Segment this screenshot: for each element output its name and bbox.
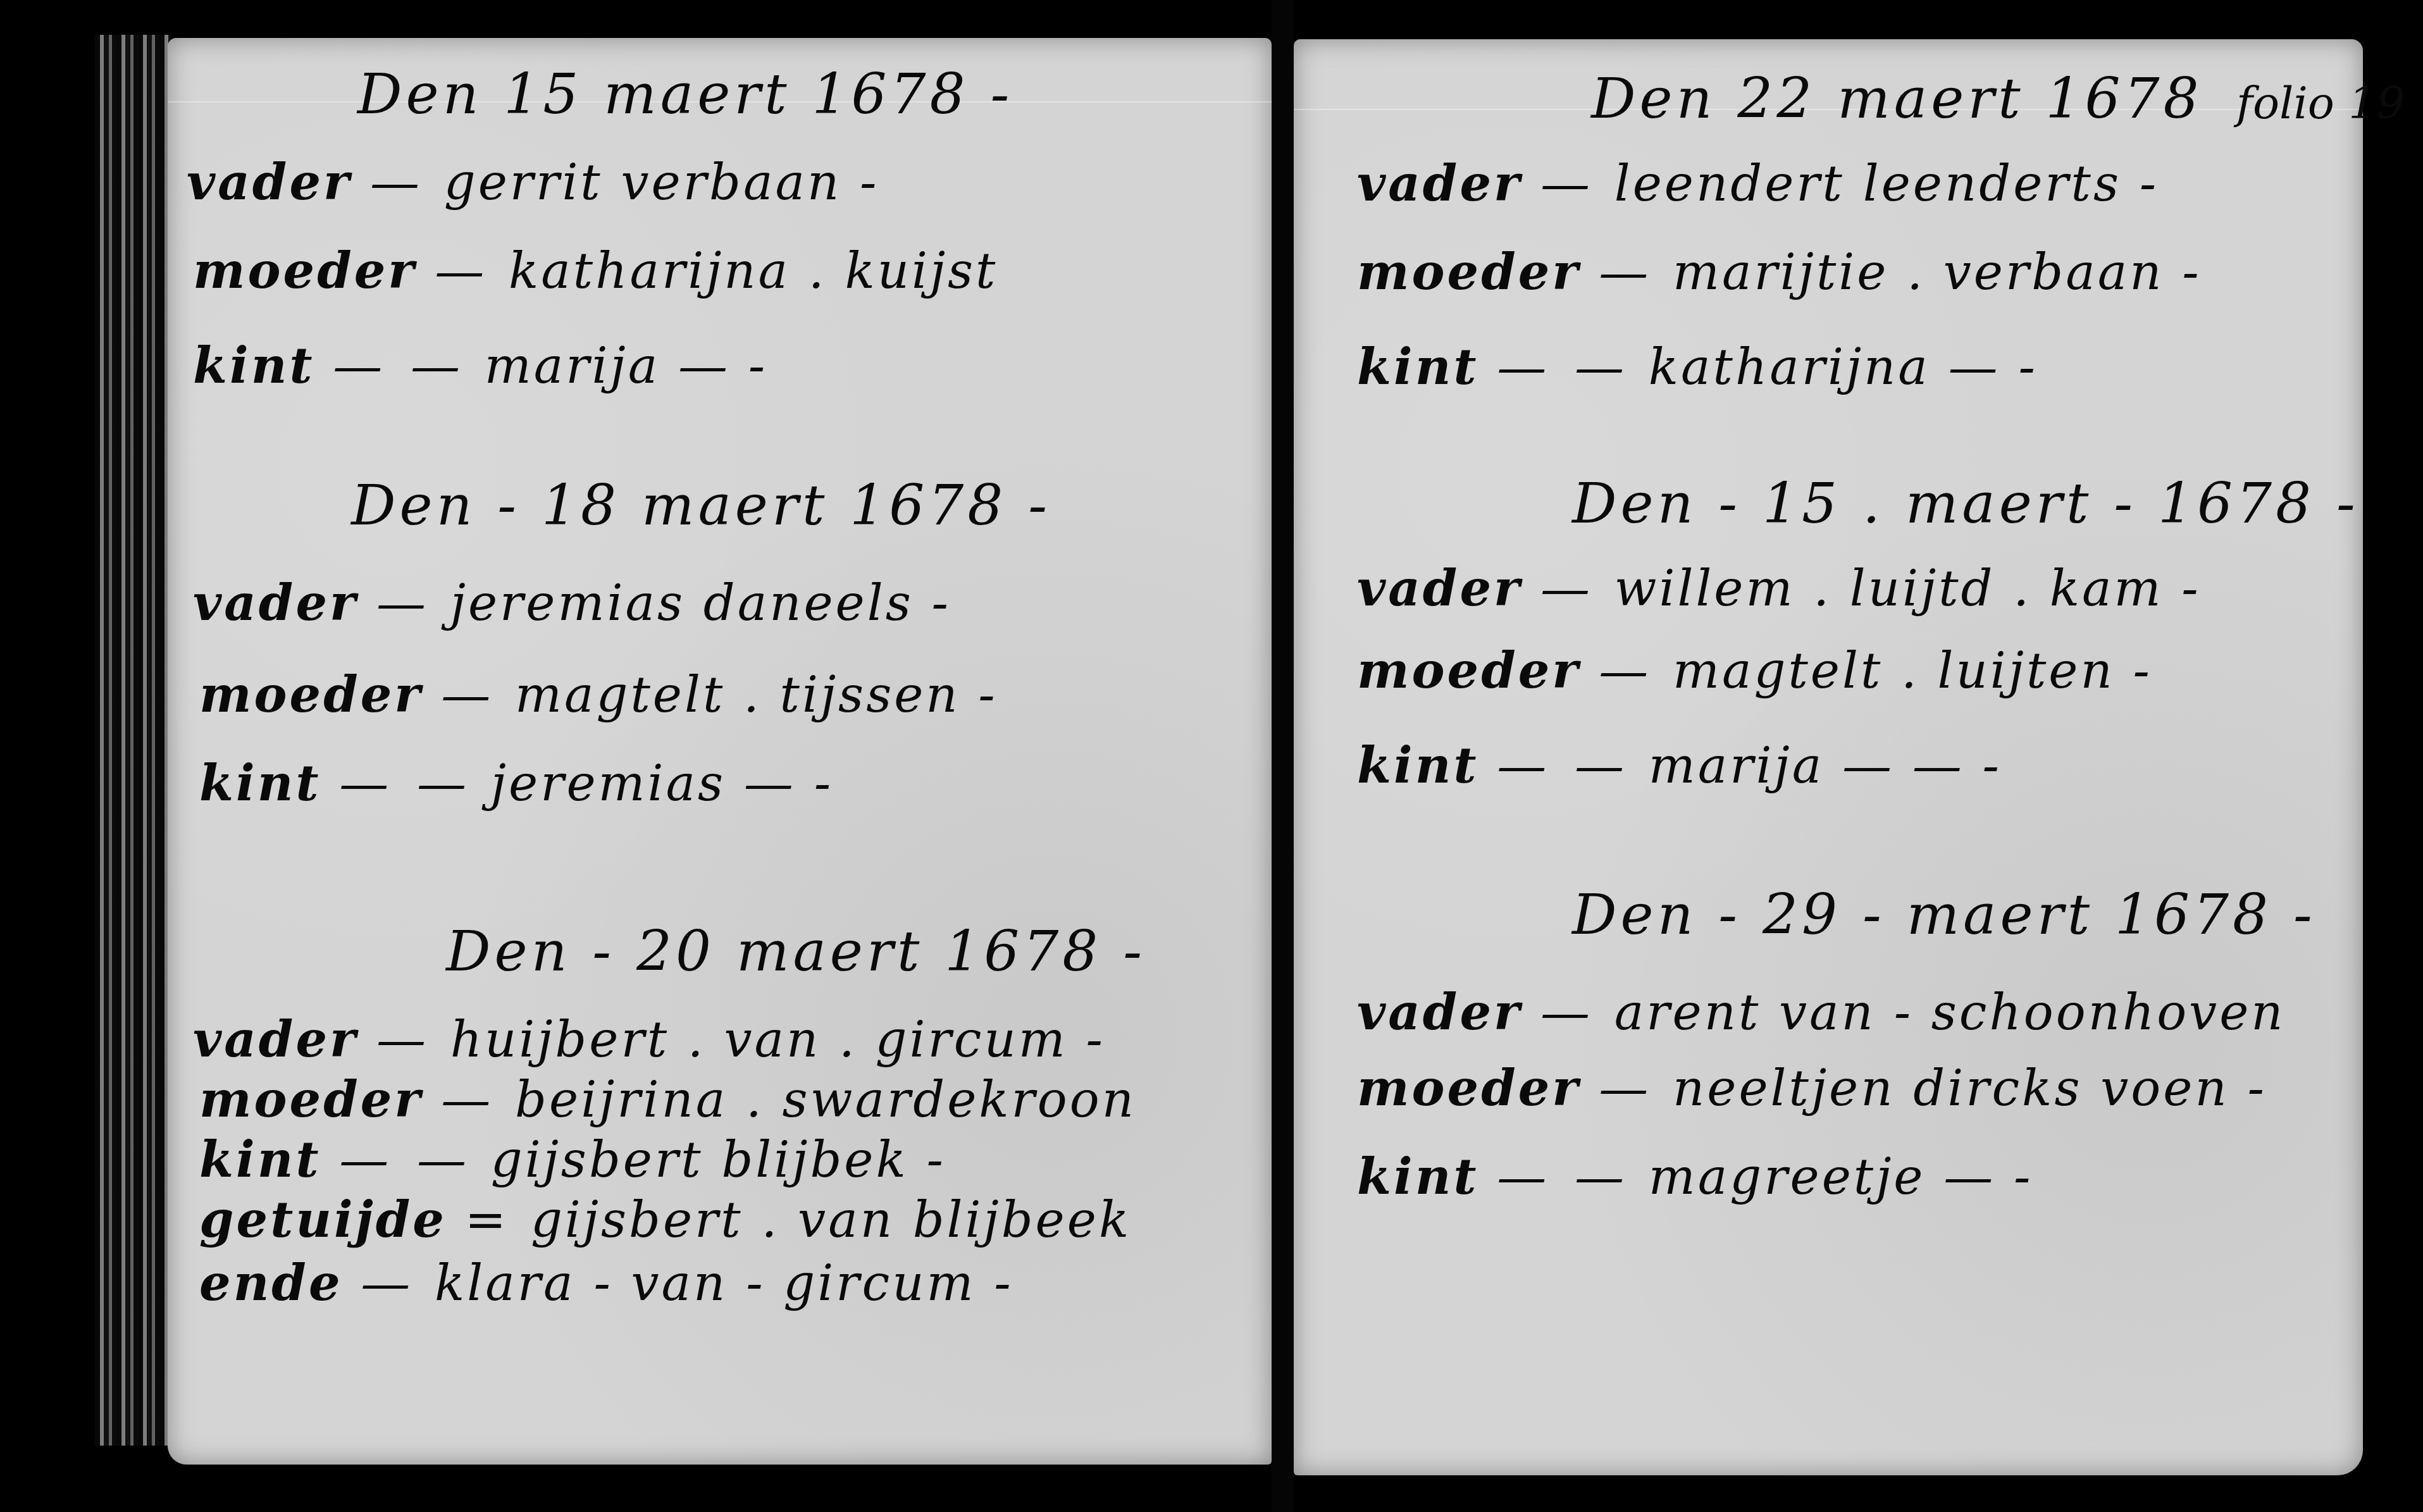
row-value: willem . luijtd . kam -	[1614, 561, 2201, 617]
row-label: vader	[1357, 155, 1522, 213]
row-label: moeder	[1357, 642, 1580, 700]
row-separator: —	[435, 243, 490, 300]
row-label: kint	[193, 337, 314, 395]
row-value: leendert leenderts -	[1614, 156, 2159, 213]
entry-row-father: vader — huijbert . van . gircum -	[193, 1015, 1105, 1065]
row-value: arent van - schoonhoven	[1614, 984, 2286, 1041]
entry-row-father: vader — willem . luijtd . kam -	[1357, 564, 2201, 614]
row-value: klara - van - gircum -	[435, 1255, 1013, 1312]
entry-date-heading: Den 22 maert 1678	[1591, 71, 2203, 127]
entry-row-child: kint — — katharijna — -	[1357, 343, 2038, 392]
entry-row-child: kint — — marija — — -	[1357, 741, 2002, 791]
entry-row-mother: moeder — katharijna . kuijst	[193, 247, 998, 296]
entry-row-witness: getuijde = gijsbert . van blijbeek	[199, 1196, 1131, 1245]
entry-row-father: vader — jeremias daneels -	[193, 579, 951, 628]
entry-row-mother: moeder — neeltjen dircks voen -	[1357, 1064, 2267, 1113]
row-value: jeremias — -	[491, 755, 833, 812]
entry-row-child: kint — — marija — -	[193, 342, 767, 391]
row-value: gijsbert blijbek -	[491, 1132, 946, 1189]
row-value: katharijna . kuijst	[509, 243, 998, 300]
book-page-edges	[95, 35, 171, 1446]
right-page: Den 22 maert 1678 folio 19 vader — leend…	[1294, 39, 2363, 1475]
row-value: jeremias daneels -	[450, 575, 951, 632]
row-separator: —	[361, 1255, 416, 1312]
row-label: moeder	[1357, 1060, 1580, 1117]
row-separator: — —	[333, 338, 466, 395]
row-label: vader	[1357, 984, 1522, 1041]
entry-row-father: vader — leendert leenderts -	[1357, 159, 2159, 209]
folio-number: folio 19	[2236, 77, 2405, 129]
row-value: magtelt . luijten -	[1673, 643, 2152, 700]
entry-row-mother: moeder — magtelt . luijten -	[1357, 647, 2152, 696]
row-value: gijsbert . van blijbeek	[531, 1192, 1131, 1249]
entry-row-father: vader — arent van - schoonhoven	[1357, 988, 2286, 1038]
row-separator: =	[465, 1192, 512, 1249]
row-value: magtelt . tijssen -	[515, 667, 998, 724]
row-separator: — —	[1497, 339, 1630, 396]
row-separator: —	[1599, 1060, 1654, 1117]
entry-date-heading: Den 15 maert 1678 -	[357, 66, 1013, 122]
row-label: moeder	[193, 242, 416, 300]
row-label: kint	[199, 1131, 321, 1189]
row-label: vader	[193, 1011, 358, 1069]
row-value: gerrit verbaan -	[444, 154, 879, 211]
row-separator: —	[441, 1072, 497, 1129]
entry-row-child: kint — — jeremias — -	[199, 759, 833, 809]
row-label: vader	[193, 574, 358, 632]
row-separator: — —	[1497, 738, 1630, 795]
row-label: kint	[199, 755, 321, 812]
entry-date-heading: Den - 18 maert 1678 -	[351, 478, 1051, 533]
book-gutter	[1272, 0, 1294, 1512]
row-separator: —	[1540, 156, 1596, 213]
entry-date-heading: Den - 29 - maert 1678 -	[1572, 887, 2316, 943]
entry-row-mother: moeder — marijtie . verbaan -	[1357, 248, 2202, 297]
entry-date-heading: Den - 20 maert 1678 -	[446, 924, 1146, 979]
row-label: vader	[187, 154, 352, 211]
row-separator: —	[1599, 244, 1654, 301]
row-label: vader	[1357, 560, 1522, 617]
row-value: marijtie . verbaan -	[1673, 244, 2202, 301]
row-separator: —	[370, 154, 426, 211]
entry-row-mother: moeder — beijrina . swardekroon	[199, 1075, 1136, 1125]
row-label: kint	[1357, 1148, 1478, 1206]
row-value: neeltjen dircks voen -	[1673, 1060, 2267, 1117]
scanned-register-spread: Den 15 maert 1678 - vader — gerrit verba…	[0, 0, 2423, 1512]
row-value: katharijna — -	[1649, 339, 2038, 396]
entry-date-heading: Den - 15 . maert - 1678 -	[1572, 476, 2359, 531]
row-value: beijrina . swardekroon	[515, 1072, 1136, 1129]
entry-row-father: vader — gerrit verbaan -	[187, 158, 879, 208]
left-page: Den 15 maert 1678 - vader — gerrit verba…	[168, 38, 1272, 1465]
entry-row-mother: moeder — magtelt . tijssen -	[199, 671, 998, 720]
row-label: moeder	[199, 1071, 423, 1129]
row-label: getuijde	[199, 1191, 447, 1249]
row-separator: —	[1599, 643, 1654, 700]
row-label: moeder	[1357, 244, 1580, 301]
row-label: kint	[1357, 338, 1478, 396]
row-value: magreetje — -	[1649, 1149, 2033, 1206]
row-value: marija — — -	[1649, 738, 2002, 795]
row-separator: —	[441, 667, 497, 724]
row-label: kint	[1357, 737, 1478, 795]
entry-row-child: kint — — gijsbert blijbek -	[199, 1136, 946, 1185]
row-value: huijbert . van . gircum -	[450, 1012, 1105, 1069]
row-label: moeder	[199, 666, 423, 724]
entry-row-child: kint — — magreetje — -	[1357, 1153, 2033, 1202]
entry-row-witness-2: ende — klara - van - gircum -	[199, 1259, 1013, 1308]
row-separator: —	[1540, 561, 1596, 617]
row-value: marija — -	[485, 338, 767, 395]
row-separator: —	[376, 575, 432, 632]
row-separator: — —	[1497, 1149, 1630, 1206]
row-separator: —	[376, 1012, 432, 1069]
row-separator: — —	[339, 755, 473, 812]
row-separator: — —	[339, 1132, 473, 1189]
row-separator: —	[1540, 984, 1596, 1041]
row-label: ende	[199, 1255, 343, 1312]
